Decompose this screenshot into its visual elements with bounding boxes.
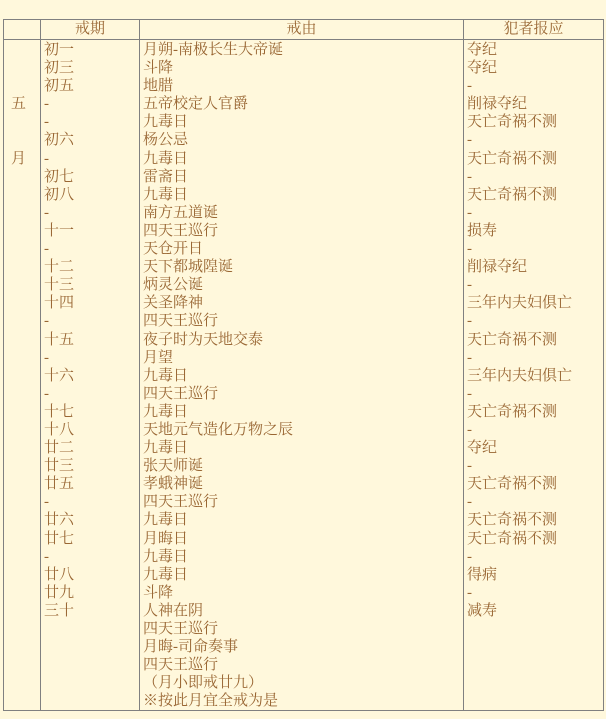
period-cell-line: 十二 (44, 258, 139, 276)
effect-cell-line: 天亡奇祸不测 (467, 530, 603, 548)
effect-cell-line: 三年内夫妇俱亡 (467, 367, 603, 385)
effect-cell-line: - (467, 240, 603, 258)
month-char-line (11, 457, 40, 475)
period-column: 初一初三初五--初六-初七初八-十一-十二十三十四-十五-十六-十七十八廿二廿三… (41, 40, 140, 710)
cause-cell-line: 人神在阴 (143, 602, 463, 620)
period-cell-line: 廿六 (44, 511, 139, 529)
cause-cell-line: 天地元气造化万物之辰 (143, 421, 463, 439)
period-cell-line: 初五 (44, 77, 139, 95)
period-cell-line: 初三 (44, 59, 139, 77)
month-char-line (11, 602, 40, 620)
period-cell-line: - (44, 95, 139, 113)
cause-cell-line: 四天王巡行 (143, 493, 463, 511)
cause-cell-line: 四天王巡行 (143, 222, 463, 240)
month-char-line (11, 204, 40, 222)
period-cell-line: - (44, 150, 139, 168)
month-char-line (11, 331, 40, 349)
precept-calendar-table: 戒期 戒由 犯者报应 五月 初一初三初五--初六-初七初八-十一-十二十三十四-… (3, 19, 604, 711)
month-char-line (11, 566, 40, 584)
month-char-line (11, 638, 40, 656)
effect-cell-line: 天亡奇祸不测 (467, 403, 603, 421)
month-char-line (11, 276, 40, 294)
month-char-line (11, 530, 40, 548)
effect-cell-line: - (467, 349, 603, 367)
effect-cell-line: - (467, 385, 603, 403)
period-cell-line: 廿二 (44, 439, 139, 457)
period-cell-line: 廿七 (44, 530, 139, 548)
header-cause-cell: 戒由 (140, 20, 464, 39)
cause-cell-line: 九毒日 (143, 403, 463, 421)
cause-cell-line: 地腊 (143, 77, 463, 95)
effect-cell-line: 天亡奇祸不测 (467, 150, 603, 168)
period-cell-line (44, 656, 139, 674)
month-char-line (11, 240, 40, 258)
cause-cell-line: 四天王巡行 (143, 312, 463, 330)
cause-cell-line: 九毒日 (143, 150, 463, 168)
cause-cell-line: 四天王巡行 (143, 620, 463, 638)
month-char-line (11, 312, 40, 330)
cause-cell-line: 斗降 (143, 584, 463, 602)
effect-cell-line: - (467, 493, 603, 511)
period-cell-line: 十八 (44, 421, 139, 439)
period-cell-line: - (44, 349, 139, 367)
cause-cell-line: 夜子时为天地交泰 (143, 331, 463, 349)
cause-cell-line: 月望 (143, 349, 463, 367)
period-cell-line (44, 638, 139, 656)
month-char-line (11, 59, 40, 77)
period-cell-line: 廿九 (44, 584, 139, 602)
effect-cell-line: - (467, 312, 603, 330)
period-cell-line: - (44, 548, 139, 566)
cause-cell-line: 四天王巡行 (143, 656, 463, 674)
month-char-line (11, 367, 40, 385)
period-cell-line: 初六 (44, 131, 139, 149)
effect-cell-line: 天亡奇祸不测 (467, 331, 603, 349)
cause-cell-line: 九毒日 (143, 439, 463, 457)
effect-cell-line: 天亡奇祸不测 (467, 186, 603, 204)
period-cell-line: 十四 (44, 294, 139, 312)
month-char-line (11, 421, 40, 439)
month-char-line (11, 439, 40, 457)
period-cell-line: - (44, 240, 139, 258)
cause-cell-line: 月朔-南极长生大帝诞 (143, 41, 463, 59)
cause-cell-line: 天仓开日 (143, 240, 463, 258)
month-char-line (11, 385, 40, 403)
period-cell-line: 廿五 (44, 475, 139, 493)
month-char-line: 月 (11, 150, 40, 168)
month-char-line (11, 674, 40, 692)
cause-cell-line: 月晦-司命奏事 (143, 638, 463, 656)
cause-cell-line: 五帝校定人官爵 (143, 95, 463, 113)
month-char-line (11, 168, 40, 186)
cause-cell-line: ※按此月宜全戒为是 (143, 692, 463, 710)
period-cell-line: 十一 (44, 222, 139, 240)
cause-cell-line: 斗降 (143, 59, 463, 77)
period-cell-line: - (44, 312, 139, 330)
period-cell-line (44, 674, 139, 692)
month-char-line (11, 131, 40, 149)
cause-cell-line: 炳灵公诞 (143, 276, 463, 294)
cause-cell-line: 九毒日 (143, 113, 463, 131)
period-cell-line: 廿八 (44, 566, 139, 584)
period-cell-line: 十七 (44, 403, 139, 421)
effect-cell-line: - (467, 131, 603, 149)
effect-cell-line (467, 674, 603, 692)
month-char-line (11, 511, 40, 529)
month-char-line (11, 548, 40, 566)
cause-cell-line: 九毒日 (143, 548, 463, 566)
period-cell-line (44, 692, 139, 710)
cause-cell-line: （月小即戒廿九） (143, 674, 463, 692)
period-cell-line: 初八 (44, 186, 139, 204)
month-char-line (11, 258, 40, 276)
period-cell-line: - (44, 385, 139, 403)
effect-cell-line: 损寿 (467, 222, 603, 240)
effect-cell-line: - (467, 276, 603, 294)
cause-cell-line: 张天师诞 (143, 457, 463, 475)
month-char-line (11, 77, 40, 95)
month-char-line (11, 186, 40, 204)
effect-cell-line: 三年内夫妇俱亡 (467, 294, 603, 312)
month-char-line (11, 584, 40, 602)
header-month-cell (4, 20, 41, 39)
cause-cell-line: 雷斋日 (143, 168, 463, 186)
effect-cell-line: 天亡奇祸不测 (467, 475, 603, 493)
effect-column: 夺纪夺纪-削禄夺纪天亡奇祸不测-天亡奇祸不测-天亡奇祸不测-损寿-削禄夺纪-三年… (464, 40, 603, 710)
cause-cell-line: 月晦日 (143, 530, 463, 548)
effect-cell-line: - (467, 77, 603, 95)
effect-cell-line (467, 620, 603, 638)
effect-cell-line: 减寿 (467, 602, 603, 620)
effect-cell-line (467, 638, 603, 656)
effect-cell-line: - (467, 584, 603, 602)
cause-cell-line: 关圣降神 (143, 294, 463, 312)
month-char-line: 五 (11, 95, 40, 113)
period-cell-line: 十六 (44, 367, 139, 385)
cause-cell-line: 天下都城隍诞 (143, 258, 463, 276)
cause-cell-line: 杨公忌 (143, 131, 463, 149)
effect-cell-line: - (467, 548, 603, 566)
effect-cell-line: 夺纪 (467, 439, 603, 457)
effect-cell-line: - (467, 457, 603, 475)
month-char-line (11, 294, 40, 312)
period-cell-line: 三十 (44, 602, 139, 620)
effect-cell-line: 削禄夺纪 (467, 95, 603, 113)
month-char-line (11, 403, 40, 421)
effect-cell-line: - (467, 168, 603, 186)
month-char-line (11, 493, 40, 511)
period-cell-line: 初一 (44, 41, 139, 59)
period-cell-line: 十五 (44, 331, 139, 349)
month-char-line (11, 113, 40, 131)
cause-cell-line: 九毒日 (143, 511, 463, 529)
month-char-line (11, 349, 40, 367)
period-cell-line: 初七 (44, 168, 139, 186)
cause-cell-line: 南方五道诞 (143, 204, 463, 222)
cause-cell-line: 九毒日 (143, 566, 463, 584)
effect-cell-line: - (467, 204, 603, 222)
effect-cell-line (467, 656, 603, 674)
effect-cell-line: 得病 (467, 566, 603, 584)
effect-cell-line: 天亡奇祸不测 (467, 511, 603, 529)
month-char-line (11, 222, 40, 240)
effect-cell-line: 夺纪 (467, 41, 603, 59)
effect-cell-line: 夺纪 (467, 59, 603, 77)
effect-cell-line (467, 692, 603, 710)
month-char-line (11, 41, 40, 59)
cause-cell-line: 九毒日 (143, 367, 463, 385)
period-cell-line (44, 620, 139, 638)
cause-cell-line: 九毒日 (143, 186, 463, 204)
period-cell-line: - (44, 493, 139, 511)
month-char-line (11, 475, 40, 493)
header-effect-cell: 犯者报应 (464, 20, 603, 39)
period-cell-line: - (44, 113, 139, 131)
table-header-row: 戒期 戒由 犯者报应 (4, 20, 603, 40)
effect-cell-line: 削禄夺纪 (467, 258, 603, 276)
effect-cell-line: - (467, 421, 603, 439)
effect-cell-line: 天亡奇祸不测 (467, 113, 603, 131)
month-column: 五月 (4, 40, 41, 710)
header-period-cell: 戒期 (41, 20, 140, 39)
cause-column: 月朔-南极长生大帝诞斗降地腊五帝校定人官爵九毒日杨公忌九毒日雷斋日九毒日南方五道… (140, 40, 464, 710)
month-char-line (11, 656, 40, 674)
period-cell-line: 廿三 (44, 457, 139, 475)
cause-cell-line: 孝蛾神诞 (143, 475, 463, 493)
table-body: 五月 初一初三初五--初六-初七初八-十一-十二十三十四-十五-十六-十七十八廿… (4, 40, 603, 710)
month-char-line (11, 692, 40, 710)
month-char-line (11, 620, 40, 638)
period-cell-line: 十三 (44, 276, 139, 294)
period-cell-line: - (44, 204, 139, 222)
cause-cell-line: 四天王巡行 (143, 385, 463, 403)
